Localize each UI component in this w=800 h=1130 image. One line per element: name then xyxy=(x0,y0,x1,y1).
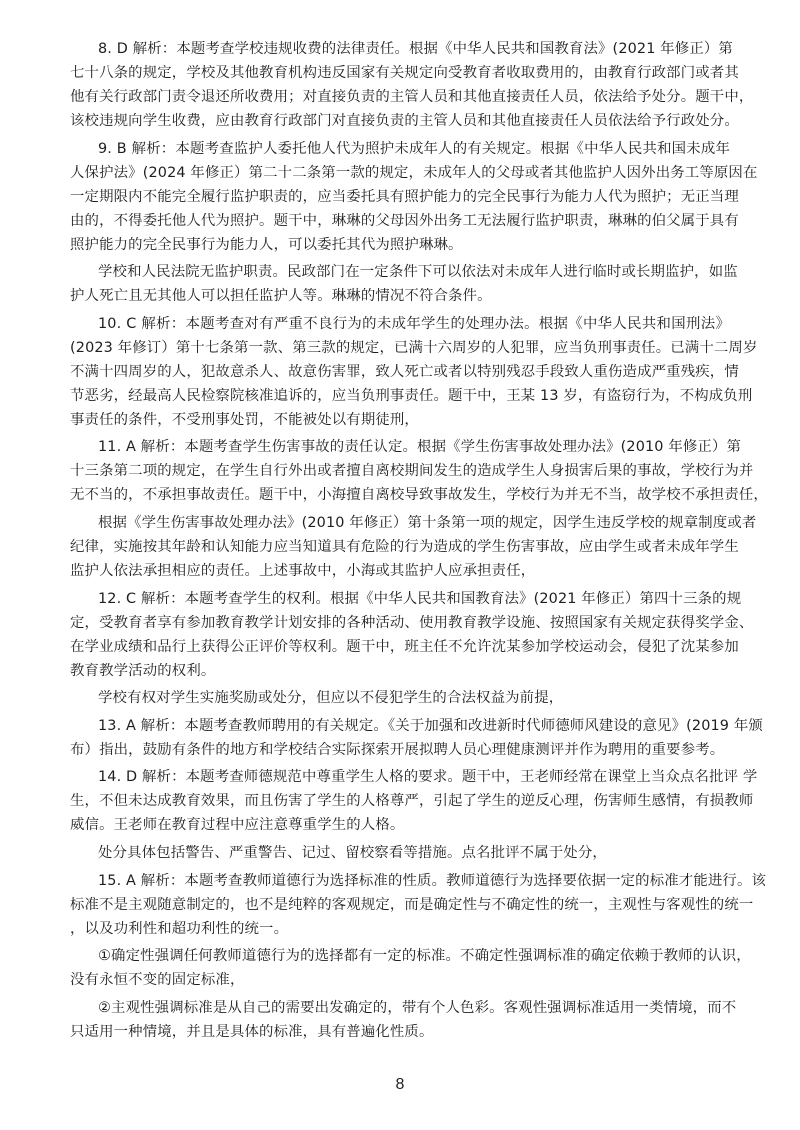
text-line: 只适用一种情境，并且是具体的标准，具有普遍化性质。 xyxy=(70,1020,730,1044)
text-line: 他有关行政部门责令退还所收费用；对直接负责的主管人员和其他直接责任人员，依法给予… xyxy=(70,85,730,109)
text-line: 8. D 解析：本题考查学校违规收费的法律责任。根据《中华人民共和国教育法》(2… xyxy=(70,37,730,61)
text-line: 由的，不得委托他人代为照护。题干中，琳琳的父母因外出务工无法履行监护职责，琳琳的… xyxy=(70,209,730,233)
text-line: 教育教学活动的权利。 xyxy=(70,659,730,683)
text-line: 13. A 解析：本题考查教师聘用的有关规定。《关于加强和改进新时代师德师风建设… xyxy=(70,714,730,738)
answer-q15-note-2: ②主观性强调标准是从自己的需要出发确定的，带有个人色彩。客观性强调标准适用一类情… xyxy=(70,996,730,1044)
text-line: 14. D 解析：本题考查师德规范中尊重学生人格的要求。题干中，王老师经常在课堂… xyxy=(70,765,730,789)
page-number: 8 xyxy=(0,1076,800,1094)
answer-q13: 13. A 解析：本题考查教师聘用的有关规定。《关于加强和改进新时代师德师风建设… xyxy=(70,714,730,762)
answer-q14-note: 处分具体包括警告、严重警告、记过、留校察看等措施。点名批评不属于处分， xyxy=(70,841,730,865)
answer-q8: 8. D 解析：本题考查学校违规收费的法律责任。根据《中华人民共和国教育法》(2… xyxy=(70,37,730,133)
text-line: (2023 年修订）第十七条第一款、第三款的规定，已满十六周岁的人犯罪，应当负刑… xyxy=(70,336,730,360)
text-line: 处分具体包括警告、严重警告、记过、留校察看等措施。点名批评不属于处分， xyxy=(70,841,730,865)
answer-q15: 15. A 解析：本题考查教师道德行为选择标准的性质。教师道德行为选择要依据一定… xyxy=(70,869,730,941)
text-line: 无不当的，不承担事故责任。题干中，小海擅自离校导致事故发生，学校行为并无不当，故… xyxy=(70,483,730,507)
text-line: 15. A 解析：本题考查教师道德行为选择标准的性质。教师道德行为选择要依据一定… xyxy=(70,869,730,893)
text-line: 事责任的条件，不受刑事处罚，不能被处以有期徒刑， xyxy=(70,408,730,432)
text-line: ①确定性强调任何教师道德行为的选择都有一定的标准。不确定性强调标准的确定依赖于教… xyxy=(70,944,730,968)
answer-q14: 14. D 解析：本题考查师德规范中尊重学生人格的要求。题干中，王老师经常在课堂… xyxy=(70,765,730,837)
text-line: ，以及功利性和超功利性的统一。 xyxy=(70,917,730,941)
answer-q10: 10. C 解析：本题考查对有严重不良行为的未成年学生的处理办法。根据《中华人民… xyxy=(70,312,730,432)
answer-q9-note: 学校和人民法院无监护职责。民政部门在一定条件下可以依法对未成年人进行临时或长期监… xyxy=(70,260,730,308)
text-line: 该校违规向学生收费，应由教育行政部门对直接负责的主管人员和其他直接责任人员依法给… xyxy=(70,109,730,133)
text-line: ②主观性强调标准是从自己的需要出发确定的，带有个人色彩。客观性强调标准适用一类情… xyxy=(70,996,730,1020)
text-line: 布）指出，鼓励有条件的地方和学校结合实际探索开展拟聘人员心理健康测评并作为聘用的… xyxy=(70,738,730,762)
text-line: 护人死亡且无其他人可以担任监护人等。琳琳的情况不符合条件。 xyxy=(70,284,730,308)
answer-q15-note-1: ①确定性强调任何教师道德行为的选择都有一定的标准。不确定性强调标准的确定依赖于教… xyxy=(70,944,730,992)
text-line: 人保护法》(2024 年修正）第二十二条第一款的规定，未成年人的父母或者其他监护… xyxy=(70,161,730,185)
text-line: 威信。王老师在教育过程中应注意尊重学生的人格。 xyxy=(70,813,730,837)
text-line: 监护人依法承担相应的责任。上述事故中，小海或其监护人应承担责任， xyxy=(70,559,730,583)
answer-q11-note: 根据《学生伤害事故处理办法》(2010 年修正）第十条第一项的规定，因学生违反学… xyxy=(70,511,730,583)
text-line: 节恶劣，经最高人民检察院核准追诉的，应当负刑事责任。题干中，王某 13 岁，有盗… xyxy=(70,384,730,408)
text-line: 根据《学生伤害事故处理办法》(2010 年修正）第十条第一项的规定，因学生违反学… xyxy=(70,511,730,535)
text-line: 没有永恒不变的固定标准， xyxy=(70,968,730,992)
text-line: 十三条第二项的规定，在学生自行外出或者擅自离校期间发生的造成学生人身损害后果的事… xyxy=(70,459,730,483)
text-line: 生，不但未达成教育效果，而且伤害了学生的人格尊严，引起了学生的逆反心理，伤害师生… xyxy=(70,789,730,813)
text-line: 12. C 解析：本题考查学生的权利。根据《中华人民共和国教育法》(2021 年… xyxy=(70,587,730,611)
answer-q12: 12. C 解析：本题考查学生的权利。根据《中华人民共和国教育法》(2021 年… xyxy=(70,587,730,683)
document-body: 8. D 解析：本题考查学校违规收费的法律责任。根据《中华人民共和国教育法》(2… xyxy=(70,37,730,1047)
text-line: 不满十四周岁的人，犯故意杀人、故意伤害罪，致人死亡或者以特别残忍手段致人重伤造成… xyxy=(70,360,730,384)
answer-q12-note: 学校有权对学生实施奖励或处分，但应以不侵犯学生的合法权益为前提， xyxy=(70,686,730,710)
text-line: 定，受教育者享有参加教育教学计划安排的各种活动、使用教育教学设施、按照国家有关规… xyxy=(70,611,730,635)
answer-q9: 9. B 解析：本题考查监护人委托他人代为照护未成年人的有关规定。根据《中华人民… xyxy=(70,137,730,257)
text-line: 9. B 解析：本题考查监护人委托他人代为照护未成年人的有关规定。根据《中华人民… xyxy=(70,137,730,161)
text-line: 11. A 解析：本题考查学生伤害事故的责任认定。根据《学生伤害事故处理办法》(… xyxy=(70,435,730,459)
text-line: 一定期限内不能完全履行监护职责的，应当委托具有照护能力的完全民事行为能力人代为照… xyxy=(70,185,730,209)
text-line: 照护能力的完全民事行为能力人，可以委托其代为照护琳琳。 xyxy=(70,233,730,257)
text-line: 学校有权对学生实施奖励或处分，但应以不侵犯学生的合法权益为前提， xyxy=(70,686,730,710)
text-line: 纪律，实施按其年龄和认知能力应当知道具有危险的行为造成的学生伤害事故，应由学生或… xyxy=(70,535,730,559)
text-line: 在学业成绩和品行上获得公正评价等权利。题干中，班主任不允许沈某参加学校运动会，侵… xyxy=(70,635,730,659)
answer-q11: 11. A 解析：本题考查学生伤害事故的责任认定。根据《学生伤害事故处理办法》(… xyxy=(70,435,730,507)
text-line: 标准不是主观随意制定的，也不是纯粹的客观规定，而是确定性与不确定性的统一，主观性… xyxy=(70,893,730,917)
text-line: 七十八条的规定，学校及其他教育机构违反国家有关规定向受教育者收取费用的，由教育行… xyxy=(70,61,730,85)
text-line: 学校和人民法院无监护职责。民政部门在一定条件下可以依法对未成年人进行临时或长期监… xyxy=(70,260,730,284)
text-line: 10. C 解析：本题考查对有严重不良行为的未成年学生的处理办法。根据《中华人民… xyxy=(70,312,730,336)
